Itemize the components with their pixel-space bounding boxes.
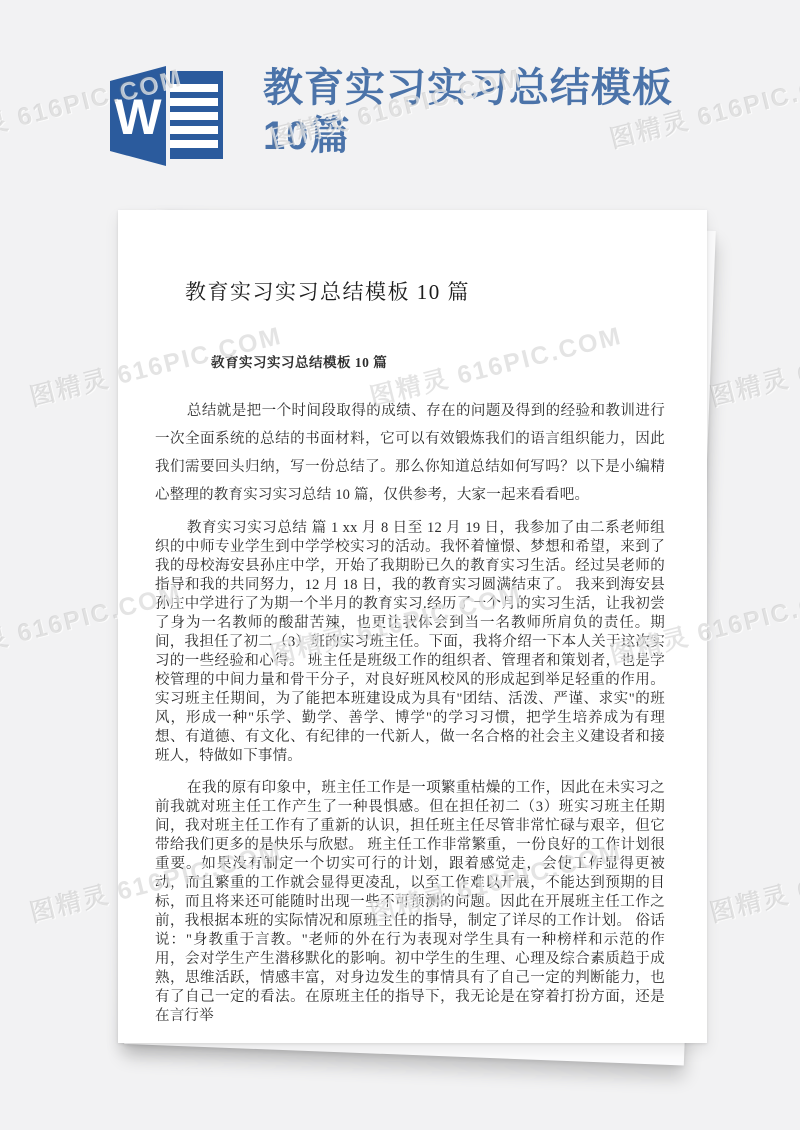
document-heading: 教育实习实习总结模板 10 篇 [185, 276, 665, 306]
watermark-text: 图精灵 616PIC.COM [706, 316, 800, 413]
document-paragraph-1: 教育实习实习总结 篇 1 xx 月 8 日至 12 月 19 日，我参加了由二系… [155, 519, 665, 766]
paper-sheet-main: 教育实习实习总结模板 10 篇 教育实习实习总结模板 10 篇 总结就是把一个时… [118, 210, 707, 1043]
document-paragraph-2: 在我的原有印象中，班主任工作是一项繁重枯燥的工作，因此在未实习之前我就对班主任工… [155, 779, 665, 1026]
watermark-text: 图精灵 616PIC.COM [706, 832, 800, 929]
template-preview-page: W 教育实习实习总结模板10篇 教育实习实习总结模板 10 篇 教育实习实习总结… [0, 0, 800, 1130]
word-icon: W [110, 62, 223, 170]
document-paragraph-intro: 总结就是把一个时间段取得的成绩、存在的问题及得到的经验和教训进行一次全面系统的总… [155, 397, 665, 509]
page-title: 教育实习实习总结模板10篇 [263, 64, 713, 160]
document-subheading: 教育实习实习总结模板 10 篇 [211, 351, 665, 371]
svg-text:W: W [114, 89, 162, 145]
header: W 教育实习实习总结模板10篇 [110, 62, 713, 170]
